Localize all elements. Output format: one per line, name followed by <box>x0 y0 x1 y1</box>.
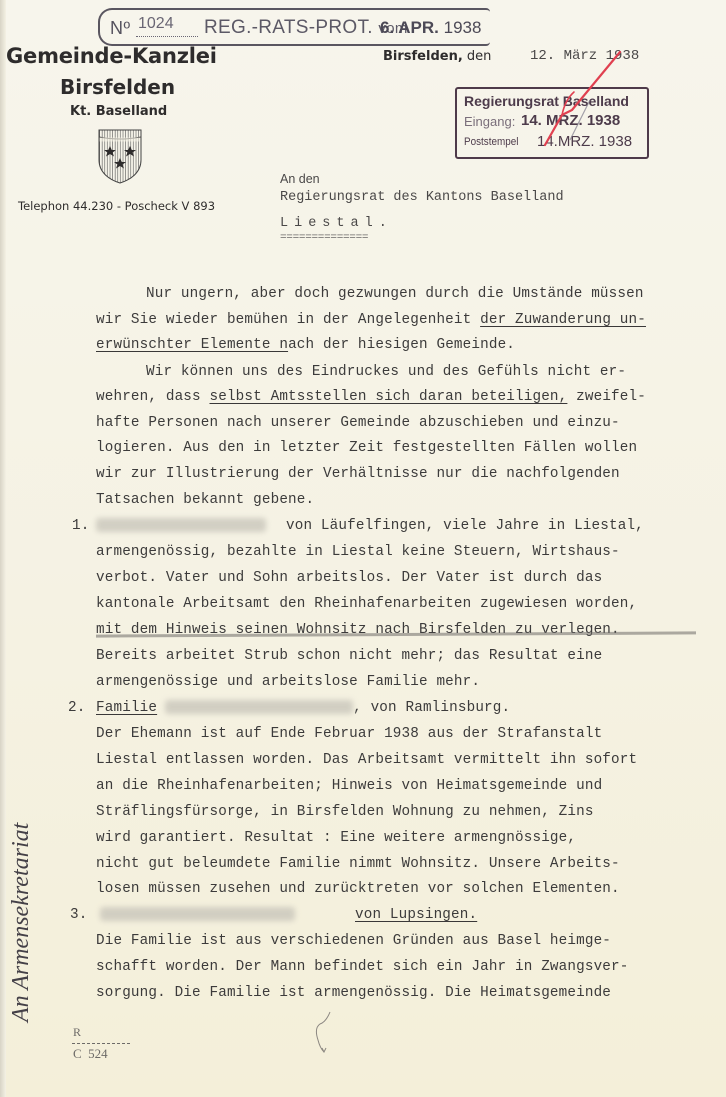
body-line: schafft worden. Der Mann befindet sich e… <box>96 959 629 975</box>
body-line: wir zur Illustrierung der Verhältnisse n… <box>96 466 620 482</box>
body-line: armengenössige und arbeitslose Familie m… <box>96 674 480 690</box>
protocol-stamp: Nº 1024 REG.-RATS-PROT. vom 6. APR. 1938 <box>98 8 490 46</box>
case-number: 1. <box>72 518 89 534</box>
body-line: hafte Personen nach unserer Gemeinde abz… <box>96 415 620 431</box>
received-label: Eingang: <box>464 114 515 129</box>
side-note-stamp: An Armensekretariat <box>8 823 35 1022</box>
body-line: losen müssen zusehen und zurücktreten vo… <box>96 881 620 897</box>
protocol-date: 6. APR. 1938 <box>380 18 481 38</box>
protocol-label: REG.-RATS-PROT. vom <box>204 17 408 39</box>
case-number: 3. <box>70 907 87 923</box>
address-city: Liestal. <box>280 216 393 231</box>
redacted-name <box>96 518 266 532</box>
body-line: an die Rheinhafenarbeiten; Hinweis von H… <box>96 778 602 794</box>
shield-three-stars-icon <box>96 128 144 184</box>
underlined-text: selbst Amtsstellen sich daran beteiligen… <box>209 389 567 405</box>
body-text: wehren, dass <box>96 389 209 405</box>
address-recipient: Regierungsrat des Kantons Baselland <box>280 190 564 205</box>
letterhead-canton: Kt. Baselland <box>70 104 167 119</box>
pencil-mark-icon <box>310 1010 340 1060</box>
received-stamp-title: Regierungsrat Baselland <box>464 93 629 109</box>
protocol-label-text: REG.-RATS-PROT. <box>204 17 373 38</box>
dateline-den: den <box>467 49 492 64</box>
body-line: Liestal entlassen worden. Das Arbeitsamt… <box>96 752 637 768</box>
reference-bottom: C 524 <box>73 1046 108 1062</box>
body-line: Der Ehemann ist auf Ende Februar 1938 au… <box>96 726 602 742</box>
body-line: Die Familie ist aus verschiedenen Gründe… <box>96 933 611 949</box>
case-line: von Läufelfingen, viele Jahre in Liestal… <box>96 518 644 534</box>
page-edge-shadow <box>0 0 6 1097</box>
body-line: nicht gut beleumdete Familie nimmt Wohns… <box>96 856 620 872</box>
underlined-text: Familie <box>96 700 157 716</box>
protocol-number: 1024 <box>138 15 174 33</box>
dateline: Birsfelden, den <box>383 49 491 64</box>
letter-date: 12. März 1938 <box>530 48 639 64</box>
body-line: wird garantiert. Resultat : Eine weitere… <box>96 830 576 846</box>
body-line: armengenössig, bezahlte in Liestal keine… <box>96 544 620 560</box>
protocol-date-year: 1938 <box>444 18 482 37</box>
case-line: von Lupsingen. <box>100 907 477 923</box>
redacted-name <box>165 700 353 714</box>
protocol-dotted-line <box>136 36 198 37</box>
body-line: wir Sie wieder bemühen in der Angelegenh… <box>96 312 646 328</box>
body-line: kantonale Arbeitsamt den Rheinhafenarbei… <box>96 596 637 612</box>
body-text: ach der hiesigen Gemeinde. <box>288 337 515 353</box>
body-line: wehren, dass selbst Amtsstellen sich dar… <box>96 389 646 405</box>
body-text: wir Sie wieder bemühen in der Angelegenh… <box>96 312 480 328</box>
reference-rule <box>72 1043 130 1044</box>
received-date: 14. MRZ. 1938 <box>521 112 620 129</box>
body-line: Bereits arbeitet Strub schon nicht mehr;… <box>96 648 602 664</box>
case-number: 2. <box>68 700 85 716</box>
reference-top: R <box>73 1025 81 1040</box>
body-line: logieren. Aus den in letzter Zeit festge… <box>96 440 637 456</box>
body-line: sorgung. Die Familie ist armengenössig. … <box>96 985 611 1001</box>
body-line: verbot. Vater und Sohn arbeitslos. Der V… <box>96 570 602 586</box>
address-double-rule: ============== <box>280 232 368 244</box>
postmark-label: Poststempel <box>464 136 518 148</box>
letterhead-contact: Telephon 44.230 - Poscheck V 893 <box>18 199 215 213</box>
received-stamp: Regierungsrat Baselland Eingang: 14. MRZ… <box>455 87 649 159</box>
body-text: , von Ramlinsburg. <box>353 700 510 716</box>
redacted-name <box>100 907 295 921</box>
body-text: zweifel- <box>567 389 646 405</box>
protocol-number-label: Nº <box>110 18 131 39</box>
body-line: erwünschter Elemente nach der hiesigen G… <box>96 337 515 353</box>
body-line: Wir können uns des Eindruckes und des Ge… <box>146 364 626 380</box>
letter-page: Nº 1024 REG.-RATS-PROT. vom 6. APR. 1938… <box>0 0 726 1097</box>
underlined-text: der Zuwanderung un- <box>480 312 646 328</box>
body-line: Tatsachen bekannt gebene. <box>96 492 314 508</box>
body-line: Sträflingsfürsorge, in Birsfelden Wohnun… <box>96 804 594 820</box>
body-text: von Läufelfingen, viele Jahre in Liestal… <box>286 518 644 534</box>
underlined-text: erwünschter Elemente n <box>96 337 288 353</box>
body-line: Nur ungern, aber doch gezwungen durch di… <box>146 286 644 302</box>
address-salutation: An den <box>280 172 320 186</box>
postmark-date: 14.MRZ. 1938 <box>537 133 632 150</box>
case-line: Familie, von Ramlinsburg. <box>96 700 510 716</box>
underlined-text: von Lupsingen. <box>355 907 477 923</box>
letterhead-place: Birsfelden <box>60 75 175 99</box>
letterhead-title: Gemeinde-Kanzlei <box>6 44 217 68</box>
protocol-date-day: 6. APR. <box>380 18 439 37</box>
dateline-place: Birsfelden, <box>383 49 463 64</box>
